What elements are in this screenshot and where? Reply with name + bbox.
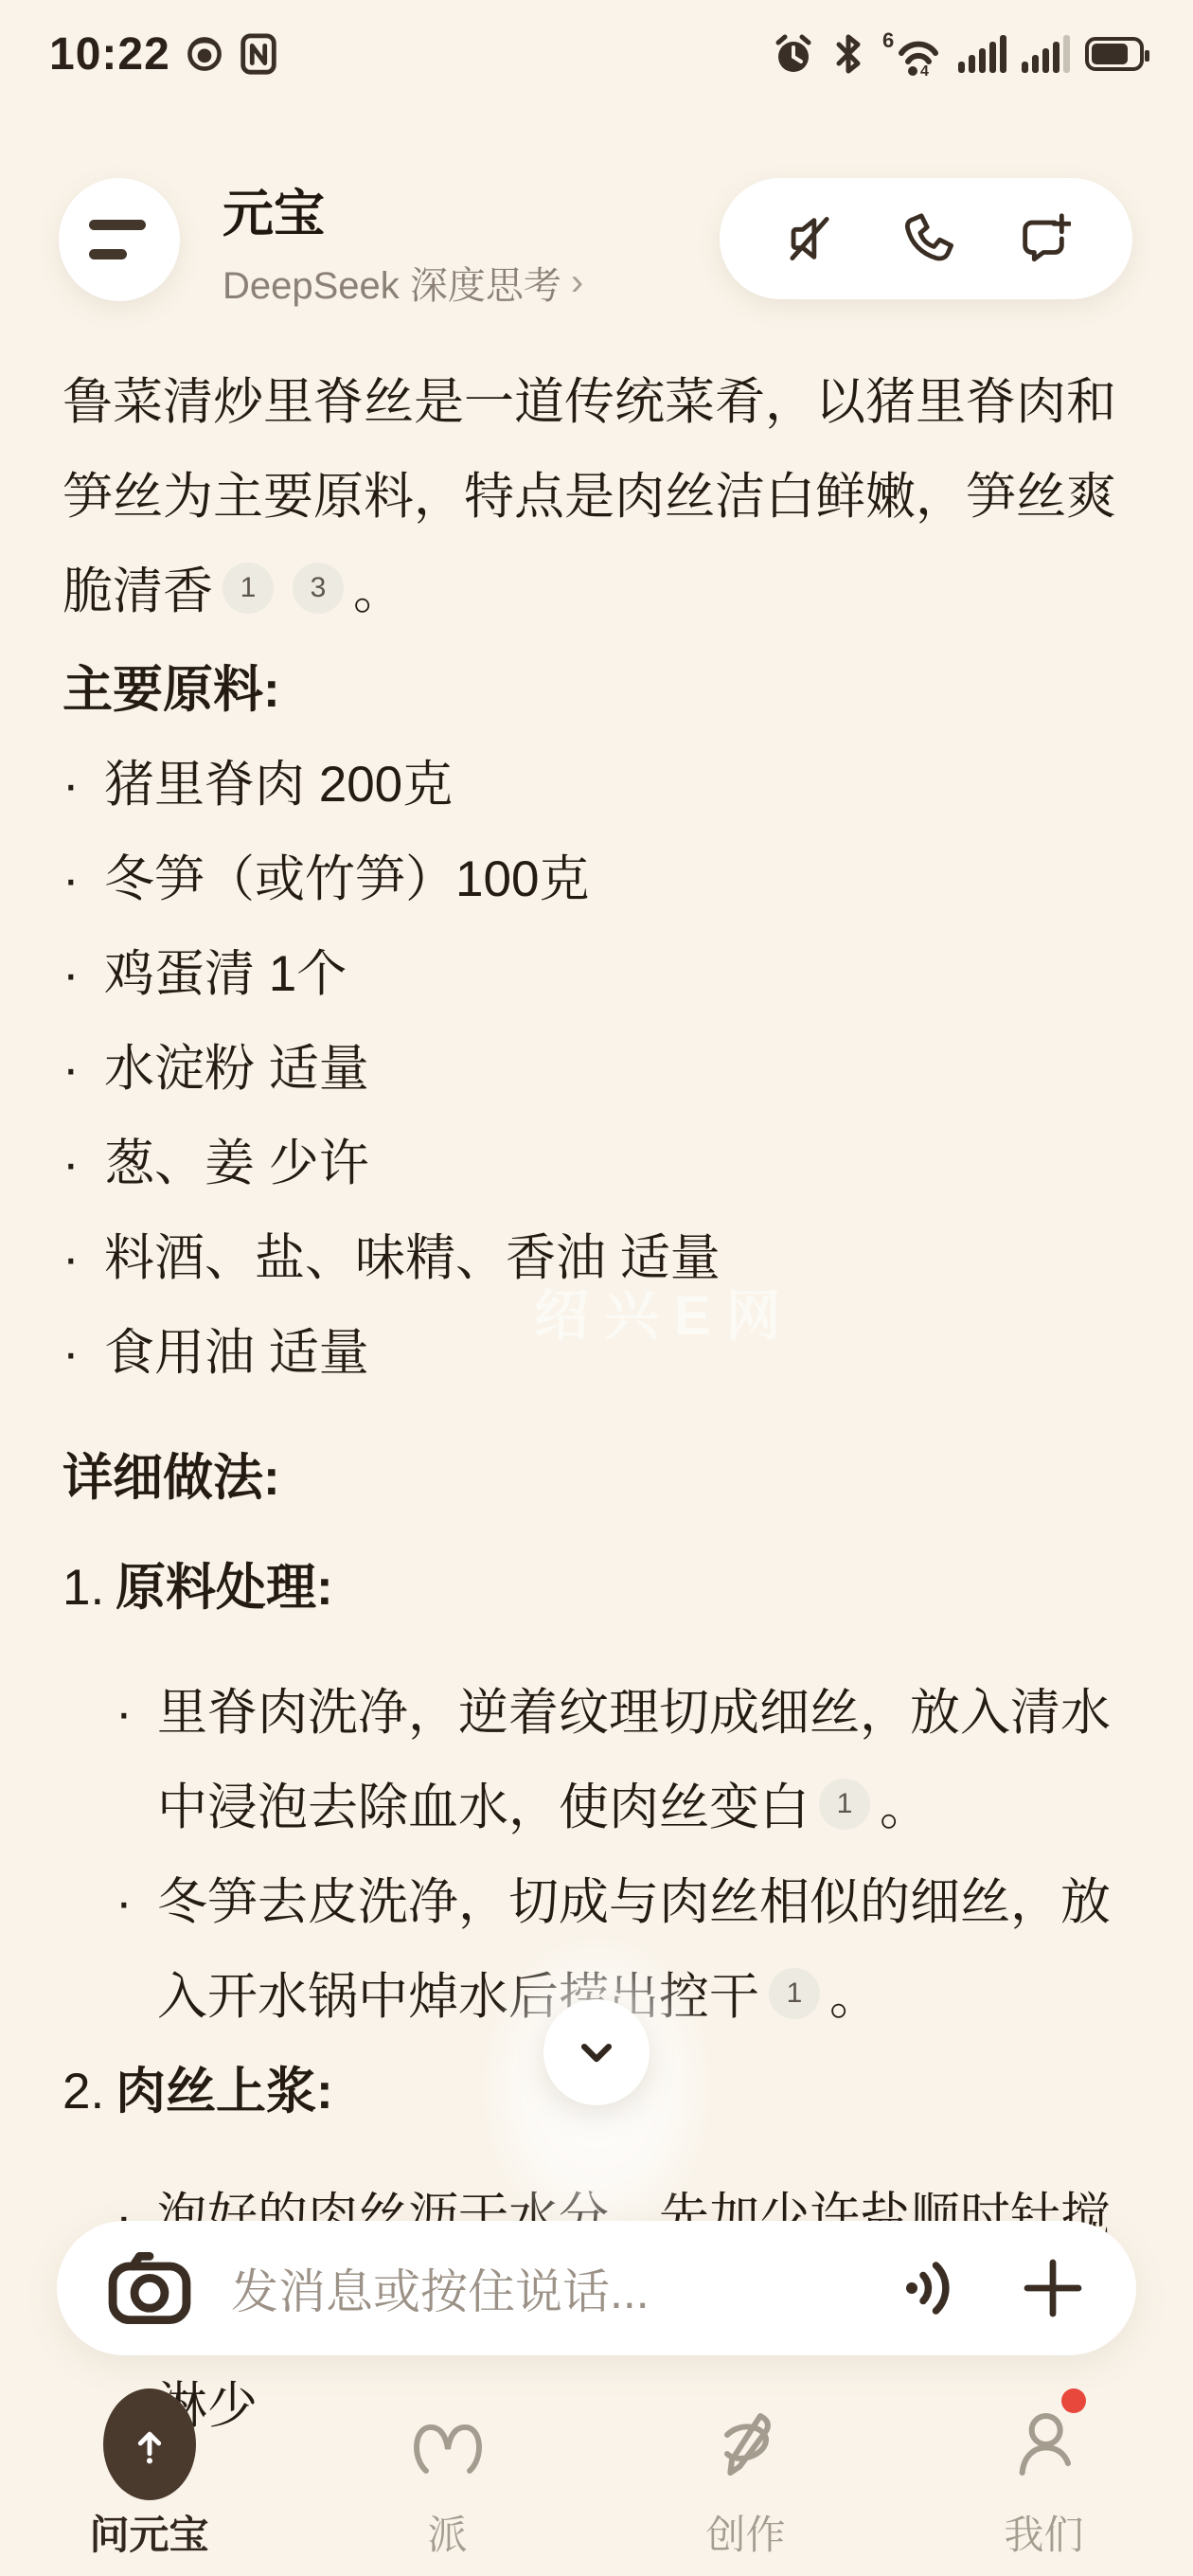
- assistant-message: 鲁菜清炒里脊丝是一道传统菜肴，以猪里脊肉和笋丝为主要原料，特点是肉丝洁白鲜嫩，笋…: [62, 355, 1131, 2454]
- signal-2-icon: [1022, 35, 1070, 73]
- bluetooth-icon: [831, 31, 865, 77]
- alarm-icon: [771, 31, 816, 77]
- ingredients-list: ·猪里脊肉 200克 ·冬笋（或竹笋）100克 ·鸡蛋清 1个 ·水淀粉 适量 …: [62, 738, 1131, 1401]
- list-item: ·水淀粉 适量: [62, 1022, 1131, 1117]
- intro-text: 鲁菜清炒里脊丝是一道传统菜肴，以猪里脊肉和笋丝为主要原料，特点是肉丝洁白鲜嫩，笋…: [62, 374, 1116, 619]
- mute-button[interactable]: [782, 211, 837, 266]
- arrow-up-icon: [103, 2388, 196, 2500]
- list-item: ·鸡蛋清 1个: [62, 927, 1131, 1022]
- step-bullets: ·里脊肉洗净，逆着纹理切成细丝，放入清水中浸泡去除血水，使肉丝变白1。 ·冬笋去…: [62, 1666, 1131, 2045]
- nav-item-ask-yuanbao[interactable]: 问元宝: [0, 2377, 298, 2576]
- menu-button[interactable]: [59, 178, 180, 301]
- menu-icon: [89, 220, 146, 230]
- method-step-1: 1. 原料处理: ·里脊肉洗净，逆着纹理切成细丝，放入清水中浸泡去除血水，使肉丝…: [62, 1541, 1131, 2045]
- list-item: ·猪里脊肉 200克: [62, 738, 1131, 832]
- signal-icon: [958, 35, 1006, 73]
- pen-swirl-icon: [708, 2387, 784, 2502]
- wifi-6-icon: 6 4: [881, 30, 943, 78]
- chevron-right-icon: ›: [571, 261, 583, 304]
- model-selector[interactable]: DeepSeek 深度思考 ›: [223, 256, 583, 310]
- voice-wave-icon[interactable]: [898, 2254, 966, 2322]
- message-input[interactable]: 发消息或按住说话...: [231, 2254, 898, 2322]
- nav-item-pai[interactable]: 派: [298, 2377, 596, 2576]
- bottom-nav: 问元宝 派 创作 我们: [0, 2377, 1193, 2576]
- loops-icon: [404, 2387, 491, 2502]
- intro-suffix: 。: [353, 563, 403, 619]
- list-item: ·冬笋（或竹笋）100克: [62, 832, 1131, 927]
- ingredients-heading: 主要原料:: [62, 643, 1131, 738]
- person-icon: [1006, 2387, 1082, 2502]
- list-item: ·食用油 适量: [62, 1306, 1131, 1401]
- citation-badge[interactable]: 3: [293, 563, 344, 614]
- camera-icon[interactable]: [106, 2249, 193, 2327]
- status-bar: 10:22 6 4: [0, 17, 1193, 91]
- method-heading: 详细做法:: [62, 1431, 1131, 1526]
- clock: 10:22: [49, 28, 170, 80]
- plus-icon[interactable]: [1019, 2254, 1087, 2322]
- voice-call-button[interactable]: [899, 211, 953, 266]
- scroll-to-bottom-button[interactable]: [543, 1999, 650, 2105]
- page-title: 元宝: [223, 186, 583, 242]
- chevron-down-icon: [570, 2026, 623, 2079]
- citation-badge[interactable]: 1: [223, 563, 274, 614]
- nfc-icon: [239, 32, 278, 76]
- list-item: ·葱、姜 少许: [62, 1117, 1131, 1211]
- list-item: ·里脊肉洗净，逆着纹理切成细丝，放入清水中浸泡去除血水，使肉丝变白1。: [116, 1666, 1131, 1855]
- battery-icon: [1085, 37, 1144, 71]
- header-actions: [720, 178, 1132, 299]
- citation-badge[interactable]: 1: [769, 1968, 820, 2019]
- eye-protection-icon: [184, 33, 225, 75]
- message-input-bar[interactable]: 发消息或按住说话...: [57, 2221, 1136, 2355]
- notification-dot: [1061, 2388, 1086, 2413]
- citation-badge[interactable]: 1: [819, 1779, 870, 1830]
- nav-item-us[interactable]: 我们: [895, 2377, 1193, 2576]
- new-chat-button[interactable]: [1016, 211, 1071, 266]
- model-selector-label: DeepSeek 深度思考: [223, 256, 561, 310]
- nav-item-create[interactable]: 创作: [596, 2377, 895, 2576]
- list-item: ·料酒、盐、味精、香油 适量: [62, 1211, 1131, 1306]
- app-screen: 时要注明这是鲁菜传统做法，特点是肉丝洁白鲜嫩，笋 丝爽脆清香。 可以开始回答 1…: [0, 0, 1193, 2576]
- intro-paragraph: 鲁菜清炒里脊丝是一道传统菜肴，以猪里脊肉和笋丝为主要原料，特点是肉丝洁白鲜嫩，笋…: [62, 355, 1131, 639]
- svg-text:6: 6: [882, 30, 894, 52]
- svg-text:4: 4: [920, 63, 929, 78]
